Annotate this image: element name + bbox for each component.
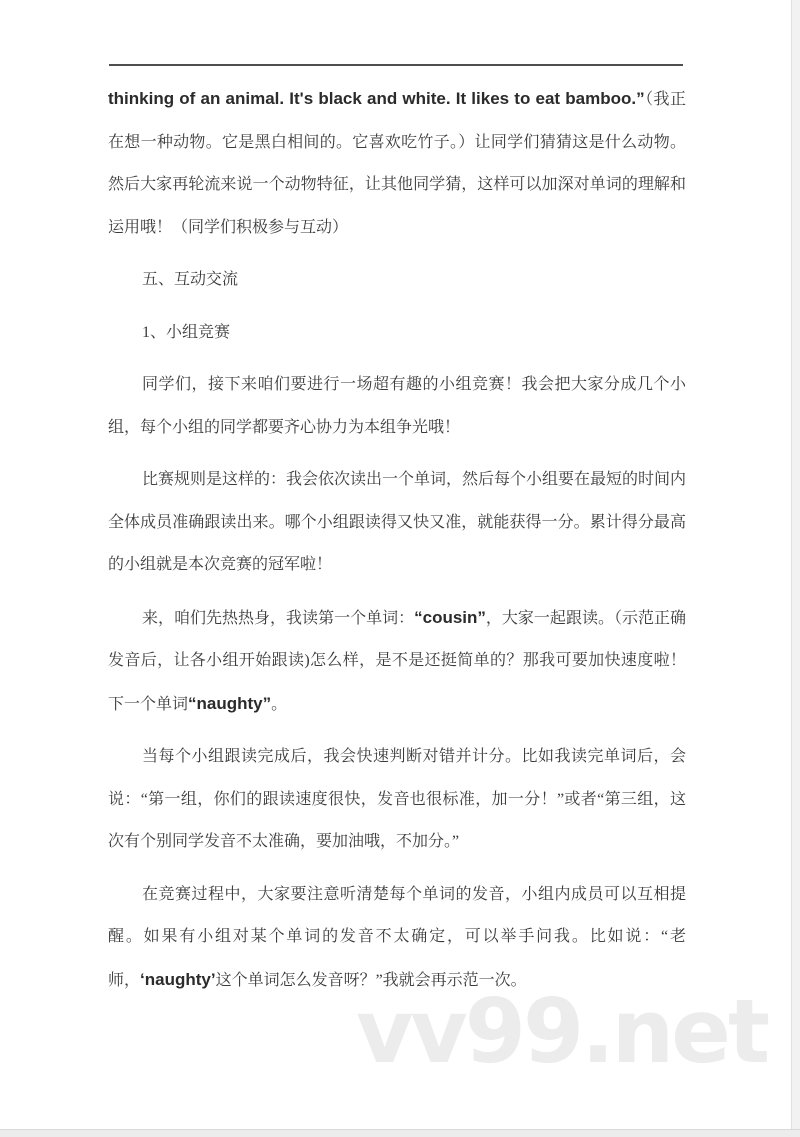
chinese-text-run: 比赛规则是这样的：我会依次读出一个单词，然后每个小组要在最短的时间内全体成员准确…	[108, 471, 686, 573]
document-body: thinking of an animal. It's black and wh…	[108, 78, 686, 1012]
chinese-text-run: 来，咱们先热热身，我读第一个单词：	[142, 610, 414, 627]
paragraph: 同学们，接下来咱们要进行一场超有趣的小组竞赛！我会把大家分成几个小组，每个小组的…	[108, 364, 686, 449]
paragraph: 五、互动交流	[108, 259, 686, 302]
document-page: thinking of an animal. It's black and wh…	[0, 0, 800, 1137]
paragraph: 当每个小组跟读完成后，我会快速判断对错并计分。比如我读完单词后，会说：“第一组，…	[108, 736, 686, 864]
english-text-run: ‘naughty’	[140, 970, 216, 989]
chinese-text-run: （我正在想一种动物。它是黑白相间的。它喜欢吃竹子。）让同学们猜猜这是什么动物。然…	[108, 91, 686, 236]
watermark: vv99.net	[356, 988, 767, 1076]
english-text-run: “cousin”	[414, 608, 486, 627]
paragraph: 比赛规则是这样的：我会依次读出一个单词，然后每个小组要在最短的时间内全体成员准确…	[108, 459, 686, 587]
chinese-text-run: 五、互动交流	[142, 271, 238, 288]
header-divider	[109, 64, 683, 66]
paragraph: 来，咱们先热热身，我读第一个单词：“cousin”，大家一起跟读。（示范正确发音…	[108, 597, 686, 727]
paragraph: thinking of an animal. It's black and wh…	[108, 78, 686, 249]
page-right-edge	[791, 0, 800, 1137]
chinese-text-run: 。	[271, 696, 287, 713]
paragraph: 1、小组竞赛	[108, 312, 686, 355]
english-text-run: thinking of an animal. It's black and wh…	[108, 89, 645, 108]
page-bottom-edge	[0, 1129, 800, 1137]
chinese-text-run: 1、小组竞赛	[142, 324, 230, 341]
english-text-run: “naughty”	[188, 694, 271, 713]
chinese-text-run: 同学们，接下来咱们要进行一场超有趣的小组竞赛！我会把大家分成几个小组，每个小组的…	[108, 376, 686, 436]
chinese-text-run: 当每个小组跟读完成后，我会快速判断对错并计分。比如我读完单词后，会说：“第一组，…	[108, 748, 686, 850]
